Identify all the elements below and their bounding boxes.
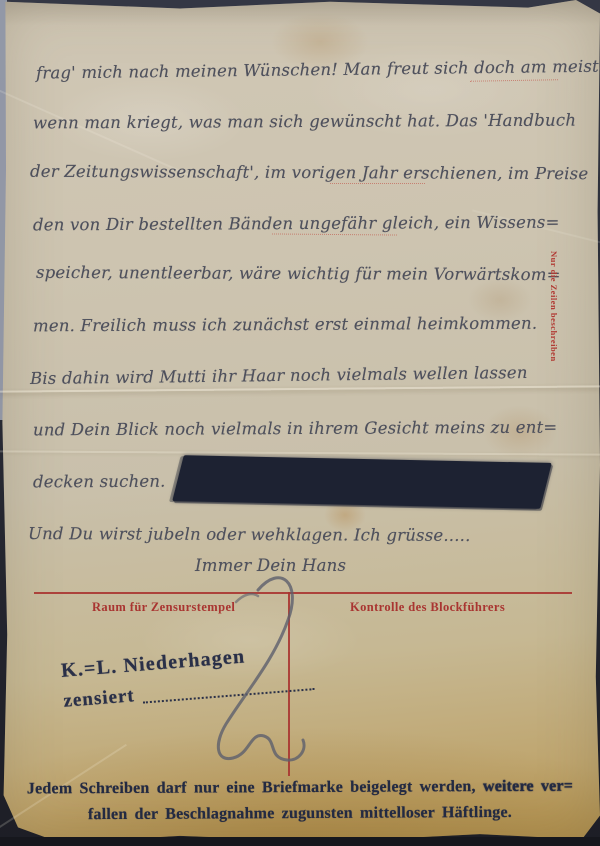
handwritten-line: speicher, unentleerbar, wäre wichtig für… <box>36 263 561 284</box>
handwritten-line: men. Freilich muss ich zunächst erst ein… <box>33 314 537 336</box>
handwritten-line: decken suchen. <box>33 472 166 492</box>
form-header-censor-stamp: Raum für Zensurstempel <box>92 600 235 615</box>
table-shadow <box>0 837 600 846</box>
handwritten-line: und Dein Blick noch vielmals in ihrem Ge… <box>33 418 558 440</box>
handwritten-closing: Und Du wirst jubeln oder wehklagen. Ich … <box>28 524 471 545</box>
handwritten-line: den von Dir bestellten Bänden ungefähr g… <box>33 213 560 235</box>
footer-regulation-line2: fallen der Beschlagnahme zugunsten mitte… <box>0 803 600 824</box>
handwritten-signature: Immer Dein Hans <box>195 556 346 575</box>
margin-instruction: Nur die Zeilen beschreiben <box>549 251 559 362</box>
form-header-blockfuehrer: Kontrolle des Blockführers <box>350 600 505 615</box>
handwritten-line: wenn man kriegt, was man sich gewünscht … <box>33 111 576 133</box>
footer-text-emphasis: weitere ver= <box>483 778 573 795</box>
handwritten-line: der Zeitungswissenschaft', im vorigen Ja… <box>30 162 588 183</box>
redaction-bar <box>172 455 552 508</box>
letter-photo: frag' mich nach meinen Wünschen! Man fre… <box>0 0 600 846</box>
form-rule-horizontal <box>34 592 572 594</box>
footer-regulation-line1: Jedem Schreiben darf nur eine Briefmarke… <box>0 777 600 798</box>
footer-text: Jedem Schreiben darf nur eine Briefmarke… <box>27 778 483 797</box>
